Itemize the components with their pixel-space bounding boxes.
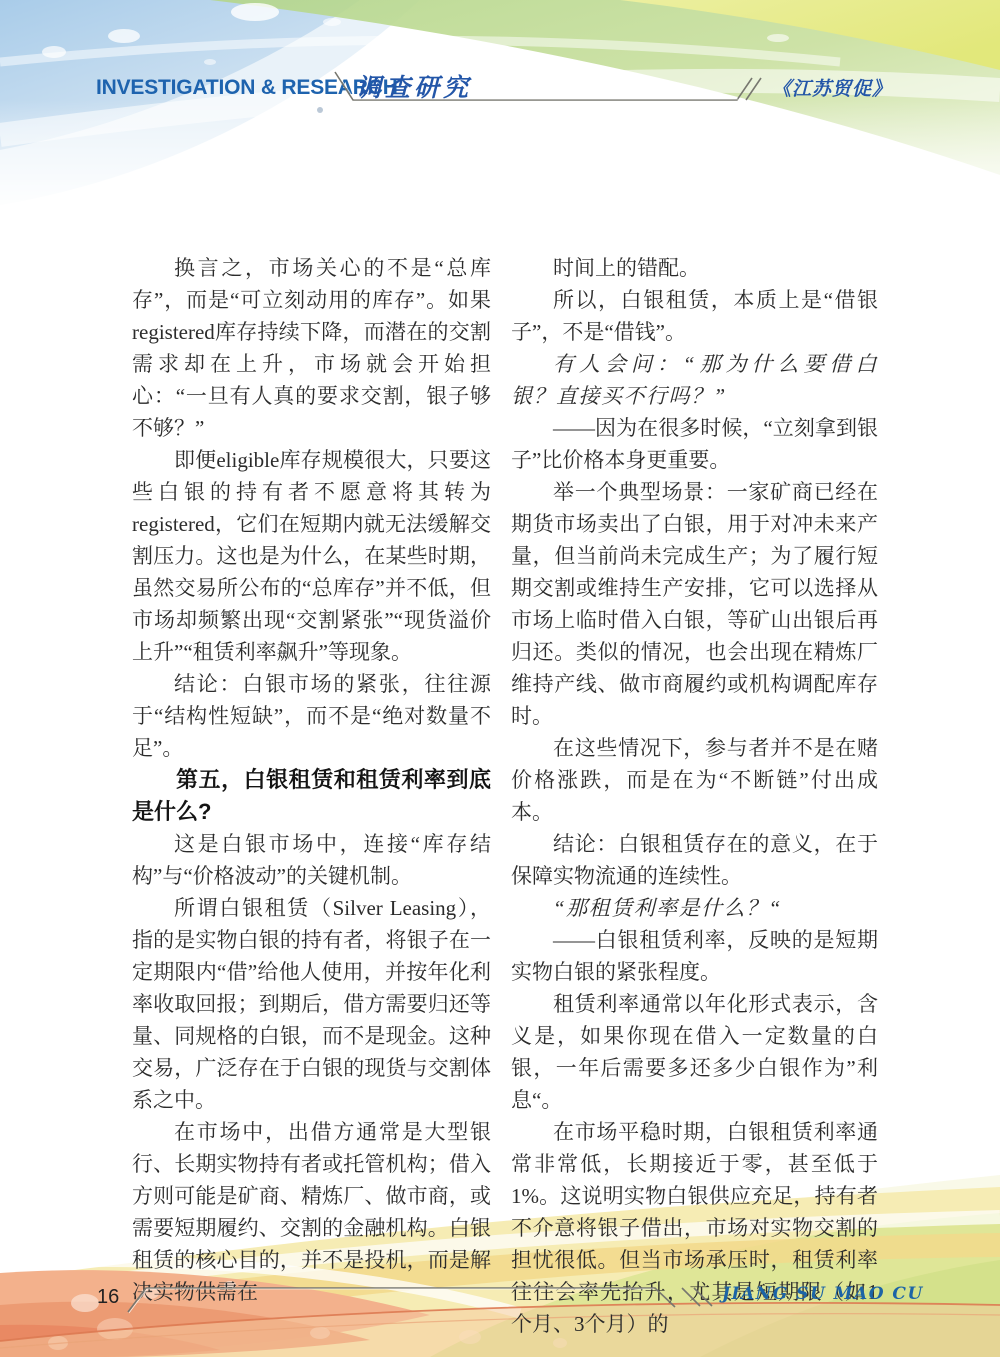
footer-rule [118,1276,730,1318]
left-column: 换言之，市场关心的不是“总库存”，而是“可立刻动用的库存”。如果register… [132,252,491,1308]
paragraph: ——白银租赁利率，反映的是短期实物白银的紧张程度。 [511,924,878,988]
paragraph: 所谓白银租赁（Silver Leasing），指的是实物白银的持有者，将银子在一… [132,892,491,1116]
top-decoration [0,0,1000,235]
paragraph: 所以，白银租赁，本质上是“借银子”，不是“借钱”。 [511,284,878,348]
section-heading: 第五，白银租赁和租赁利率到底是什么? [132,764,491,828]
paragraph: 在这些情况下，参与者并不是在赌价格涨跌，而是在为“不断链”付出成本。 [511,732,878,828]
journal-name-en: JIANG SU MAO CU [722,1284,924,1304]
paragraph: 举一个典型场景：一家矿商已经在期货市场卖出了白银，用于对冲未来产量，但当前尚未完… [511,476,878,732]
paragraph: 结论：白银市场的紧张，往往源于“结构性短缺”，而不是“绝对数量不足”。 [132,668,491,764]
right-column: 时间上的错配。所以，白银租赁，本质上是“借银子”，不是“借钱”。有人会问：“那为… [511,252,878,1340]
paragraph: 这是白银市场中，连接“库存结构”与“价格波动”的关键机制。 [132,828,491,892]
paragraph: 结论：白银租赁存在的意义，在于保障实物流通的连续性。 [511,828,878,892]
paragraph: ——因为在很多时候，“立刻拿到银子”比价格本身更重要。 [511,412,878,476]
page-number: 16 [97,1286,119,1309]
paragraph: 有人会问：“那为什么要借白银？直接买不行吗？” [511,348,878,412]
paragraph: “那租赁利率是什么？“ [511,892,878,924]
paragraph: 换言之，市场关心的不是“总库存”，而是“可立刻动用的库存”。如果register… [132,252,491,444]
magazine-page: INVESTIGATION & RESEARCH 调查研究 《江苏贸促》 换言之… [0,0,1000,1357]
paragraph: 即便eligible库存规模很大，只要这些白银的持有者不愿意将其转为regist… [132,444,491,668]
section-title-cn: 调查研究 [356,68,472,104]
paragraph: 时间上的错配。 [511,252,878,284]
journal-name-cn: 《江苏贸促》 [772,74,892,101]
paragraph: 租赁利率通常以年化形式表示，含义是，如果你现在借入一定数量的白银，一年后需要多还… [511,988,878,1116]
